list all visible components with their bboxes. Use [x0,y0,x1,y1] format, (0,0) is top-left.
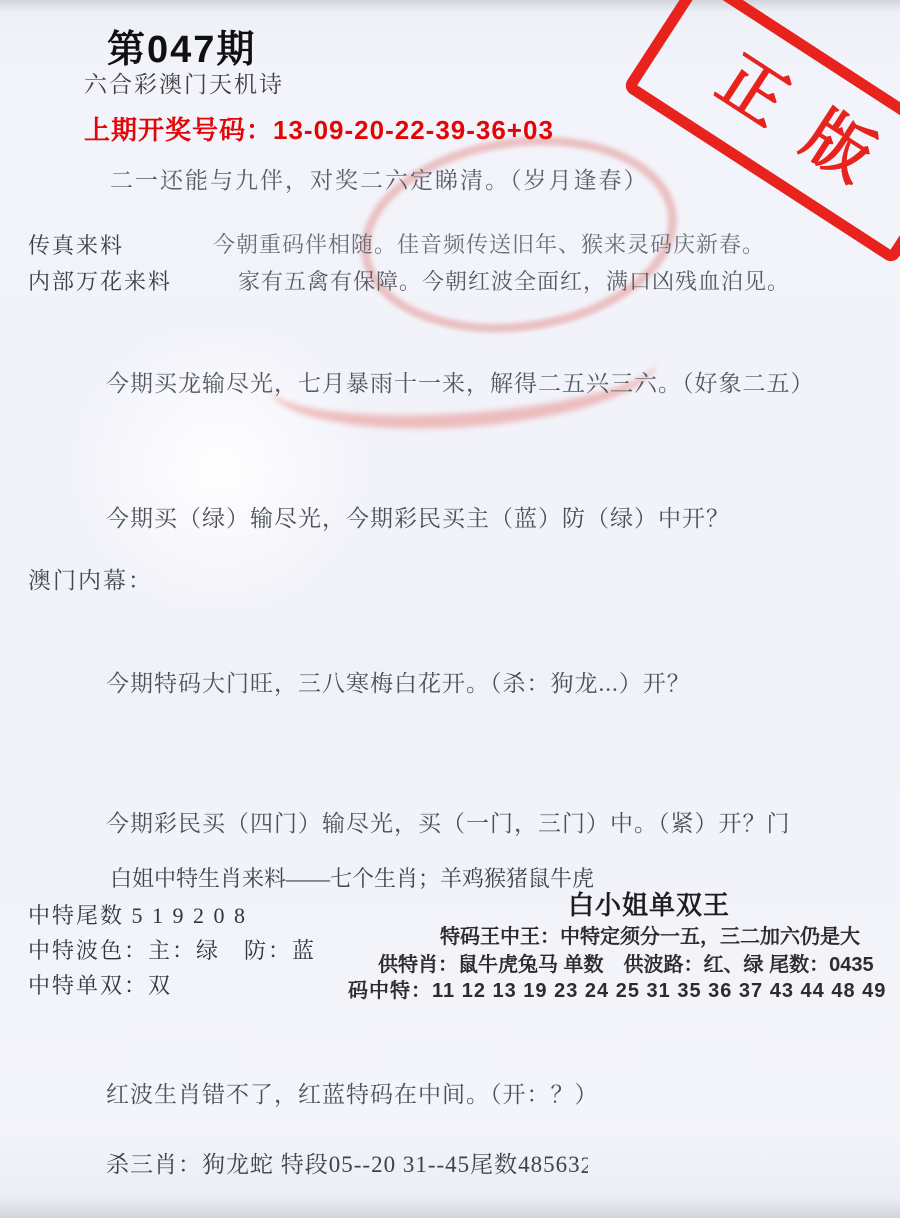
right-block-line-2: 供特肖：鼠牛虎兔马 单数 供波路：红、绿 尾数：0435 [378,948,874,977]
poem-line-4: 今期特码大门旺，三八寒梅白花开。（杀：狗龙...）开？ [106,665,691,698]
poem-line-3: 今期买（绿）输尽光，今期彩民买主（蓝）防（绿）中开？ [106,500,730,533]
stat-odd-even: 中特单双：双 [28,969,172,1000]
stat-wave-color: 中特波色：主：绿 防：蓝 [28,934,316,965]
right-block-line-1: 特码王中王：中特定须分一五，三二加六仍是大 [440,920,860,949]
right-block-title: 白小姐单双王 [568,885,730,922]
poem-line-5: 今期彩民买（四门）输尽光，买（一门，三门）中。（紧）开？门 [106,805,791,838]
fax-source-label: 传真来料 [28,229,124,260]
flyer-page: 第047期 六合彩澳门天机诗 上期开奖号码：13-09-20-22-39-36+… [0,0,900,1218]
flyer-subtitle: 六合彩澳门天机诗 [84,66,284,99]
macau-insider-label: 澳门内幕： [28,562,153,595]
kill-three-zodiac-line: 杀三肖：狗龙蛇 特段05--20 31--45尾数485632 [106,1146,588,1179]
internal-source-label: 内部万花来料 [28,265,172,296]
kill-line-clipped-digit: 2 [581,1153,588,1179]
poem-line-1: 二一还能与九伴，对奖二六定睇清。（岁月逢春） [110,162,649,195]
scan-artifact-bottom [0,1198,900,1218]
internal-source-text: 家有五禽有保障。今朝红波全面红，满口凶残血泊见。 [238,265,790,296]
stamp-text: 正版 [708,45,900,211]
kill-line-text: 杀三肖：狗龙蛇 特段05--20 31--45尾数48563 [106,1152,581,1177]
fax-source-text: 今朝重码伴相随。佳音频传送旧年、猴来灵码庆新春。 [213,228,765,259]
stat-tail-numbers: 中特尾数 5 1 9 2 0 8 [28,899,247,930]
right-block-line-3: 码中特：11 12 13 19 23 24 25 31 35 36 37 43 … [348,974,886,1003]
poem-line-2: 今期买龙输尽光，七月暴雨十一来，解得二五兴三六。（好象二五） [106,365,815,398]
baijie-zodiac-line: 白姐中特生肖来料——七个生肖；羊鸡猴猪鼠牛虎 [110,862,594,893]
issue-title: 第047期 [107,18,256,73]
last-draw-numbers: 上期开奖号码：13-09-20-22-39-36+03 [84,110,554,147]
authentic-stamp: 正版 [648,0,900,245]
scan-artifact-top [0,0,900,12]
poem-line-6: 红波生肖错不了，红蓝特码在中间。（开：？） [106,1076,599,1109]
